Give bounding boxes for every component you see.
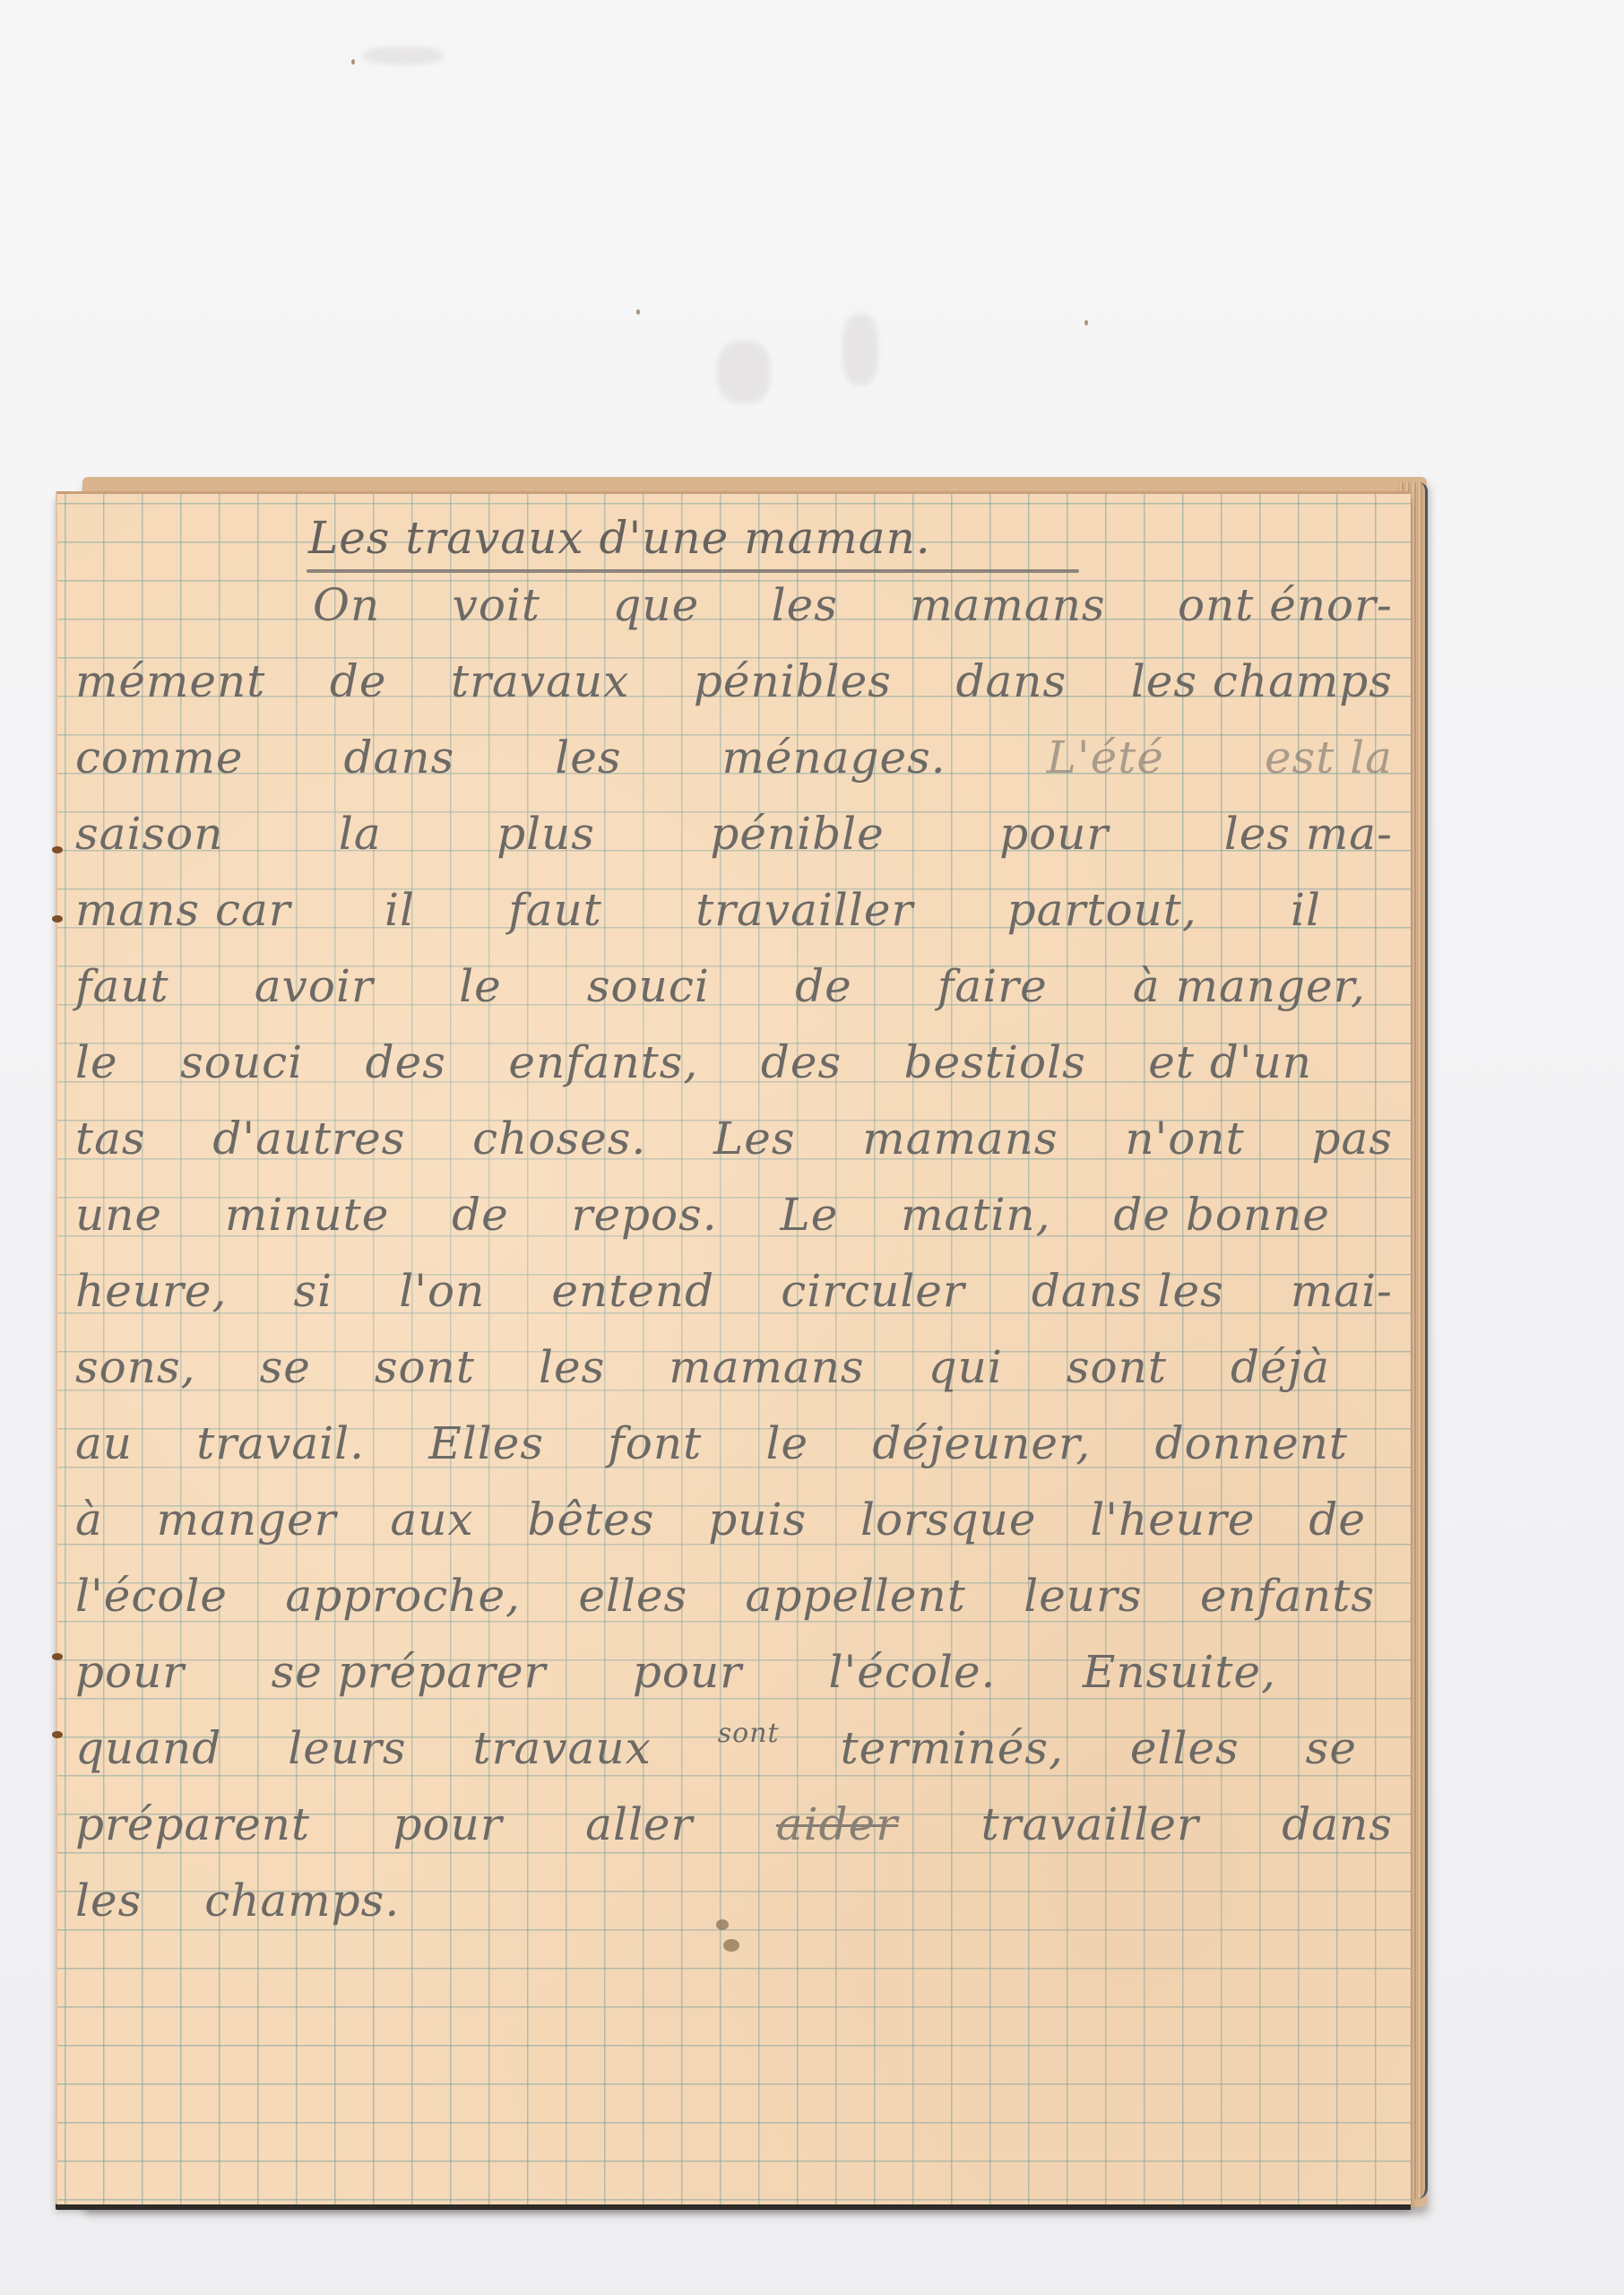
word: le [75,1036,118,1088]
word: au [75,1417,133,1469]
word: à manger, [1133,960,1366,1012]
word: si [294,1265,333,1317]
word: plus [497,808,595,860]
word: l'on [399,1265,485,1317]
word: et d'un [1148,1036,1312,1088]
word: ménages. [722,732,946,784]
word: il [1291,884,1321,936]
word: faut [508,884,602,936]
word: de [452,1189,509,1241]
superscript-insertion: sont [718,1718,780,1749]
word: Les [713,1113,795,1165]
word: mamans [862,1113,1058,1165]
word: Le [781,1189,839,1241]
word: les [539,1341,605,1393]
scan-smudge [363,47,444,65]
word: saison [75,808,223,860]
word: minute [225,1189,390,1241]
word: manger [157,1494,337,1546]
text-line-15: pour se préparer pour l'école. Ensuite, [75,1646,1276,1698]
page-title: Les travaux d'une maman. [308,512,931,564]
text-line-7: le souci des enfants, des bestiols et d'… [75,1036,1312,1088]
text-line-3: comme dans les ménages. L'été est la [75,732,1393,784]
text-line-14: l'école approche, elles appellent leurs … [75,1570,1375,1622]
word: de bonne [1113,1189,1330,1241]
word: souci [587,960,710,1012]
scan-smudge [842,314,878,385]
word: comme [75,732,244,784]
word: travailler [981,1798,1199,1850]
word: sont [375,1341,475,1393]
word: à [75,1494,103,1546]
word: les ma- [1224,808,1393,860]
word: n'ont [1125,1113,1244,1165]
scan-smudge [717,341,771,403]
word: le [765,1417,808,1469]
word: de [330,655,387,707]
word: enfants [1200,1570,1375,1622]
word: avoir [255,960,374,1012]
word: l'école [75,1570,228,1622]
word: champs. [204,1875,400,1927]
handwritten-text: Les travaux d'une maman. On voit que les… [57,494,1411,2204]
scan-speck [351,59,355,65]
word: partout, [1007,884,1197,936]
word: donnent [1155,1417,1348,1469]
text-line-4: saison la plus pénible pour les ma- [75,808,1393,860]
word-terminés: terminés, [841,1722,1064,1774]
word: bêtes [527,1494,654,1546]
notebook-page: Les travaux d'une maman. On voit que les… [56,491,1411,2204]
word: pas [1312,1113,1393,1165]
scan-speck [1084,320,1088,325]
text-line-12: au travail. Elles font le déjeuner, donn… [75,1417,1348,1469]
word: la [339,808,382,860]
word: travailler [695,884,913,936]
text-line-17: préparent pour aller aider travailler da… [75,1798,1393,1850]
text-line-10: heure, si l'on entend circuler dans les … [75,1265,1393,1317]
word: heure, [75,1265,227,1317]
text-line-6: faut avoir le souci de faire à manger, [75,960,1366,1012]
word: qui [929,1341,1003,1393]
word: dans [955,655,1067,707]
word: repos. [572,1189,718,1241]
word: sont [1067,1341,1167,1393]
erased-word: L'été [1047,732,1164,784]
word: dans [344,732,455,784]
word: leurs [1024,1570,1142,1622]
word: l'école. [829,1646,997,1698]
erased-word: est la [1265,732,1393,784]
word: leurs [288,1722,406,1774]
word: appellent [746,1570,966,1622]
word: elles [1130,1722,1240,1774]
word: matin, [901,1189,1050,1241]
word: une [75,1189,162,1241]
word: puis [708,1494,807,1546]
word: pour [999,808,1109,860]
word: sons, [75,1341,196,1393]
word: pour [633,1646,742,1698]
word: elles [578,1570,687,1622]
word: lorsque [860,1494,1036,1546]
word: Ensuite, [1083,1646,1276,1698]
word: voit [453,579,540,631]
word: que [612,579,699,631]
word: travail. [196,1417,365,1469]
word: les [555,732,621,784]
word: dans les [1032,1265,1224,1317]
word: Elles [428,1417,544,1469]
word: travaux [451,655,629,707]
word: pour [75,1646,185,1698]
word: les [772,579,838,631]
word: d'autres [212,1113,405,1165]
word: terminés, [841,1722,1064,1774]
title-underline [307,569,1079,573]
word: l'heure [1090,1494,1255,1546]
text-line-1: On voit que les mamans ont énor- [313,579,1393,631]
word: le [459,960,502,1012]
word: il [384,884,415,936]
inserted-word: sont [718,1722,774,1774]
word: mamans [910,579,1105,631]
word: entend [551,1265,714,1317]
word: enfants, [508,1036,698,1088]
word: préparent [75,1798,310,1850]
word: font [608,1417,702,1469]
word: On [313,579,380,631]
word: souci [180,1036,303,1088]
word: mans car [75,884,291,936]
word: circuler [781,1265,965,1317]
text-line-8: tas d'autres choses. Les mamans n'ont pa… [75,1113,1393,1165]
word: mai- [1291,1265,1393,1317]
word: faut [75,960,169,1012]
word: de [1309,1494,1366,1546]
text-line-5: mans car il faut travailler partout, il [75,884,1321,936]
word: aller [585,1798,693,1850]
scan-speck [636,309,640,315]
paper-stain [716,1919,729,1930]
word: aux [390,1494,473,1546]
word: déjeuner, [872,1417,1091,1469]
word: se [260,1341,311,1393]
paper-stain [723,1939,739,1952]
word: choses. [472,1113,646,1165]
word: ont énor- [1178,579,1393,631]
text-line-2: mément de travaux pénibles dans les cham… [75,655,1393,707]
text-line-13: à manger aux bêtes puis lorsque l'heure … [75,1494,1366,1546]
word: pour [393,1798,503,1850]
word: quand [75,1722,221,1774]
word: des [761,1036,842,1088]
struck-through-word: aider [776,1798,898,1850]
text-line-9: une minute de repos. Le matin, de bonne [75,1189,1330,1241]
word: dans [1282,1798,1393,1850]
word: se préparer [272,1646,547,1698]
word: se [1306,1722,1357,1774]
text-line-16: quand leurs travaux sont terminés, elles… [75,1722,1357,1774]
word: pénible [710,808,884,860]
word: mément [75,655,265,707]
word: travaux [473,1722,652,1774]
word: les [75,1875,142,1927]
text-line-18: les champs. [75,1875,1393,1927]
word: déjà [1231,1341,1330,1393]
word: pénibles [694,655,892,707]
word: mamans [669,1341,864,1393]
text-line-11: sons, se sont les mamans qui sont déjà [75,1341,1330,1393]
word: tas [75,1113,146,1165]
word: approche, [285,1570,521,1622]
word: de [795,960,852,1012]
word: bestiols [904,1036,1086,1088]
word: faire [937,960,1048,1012]
word: des [366,1036,446,1088]
word: les champs [1131,655,1393,707]
